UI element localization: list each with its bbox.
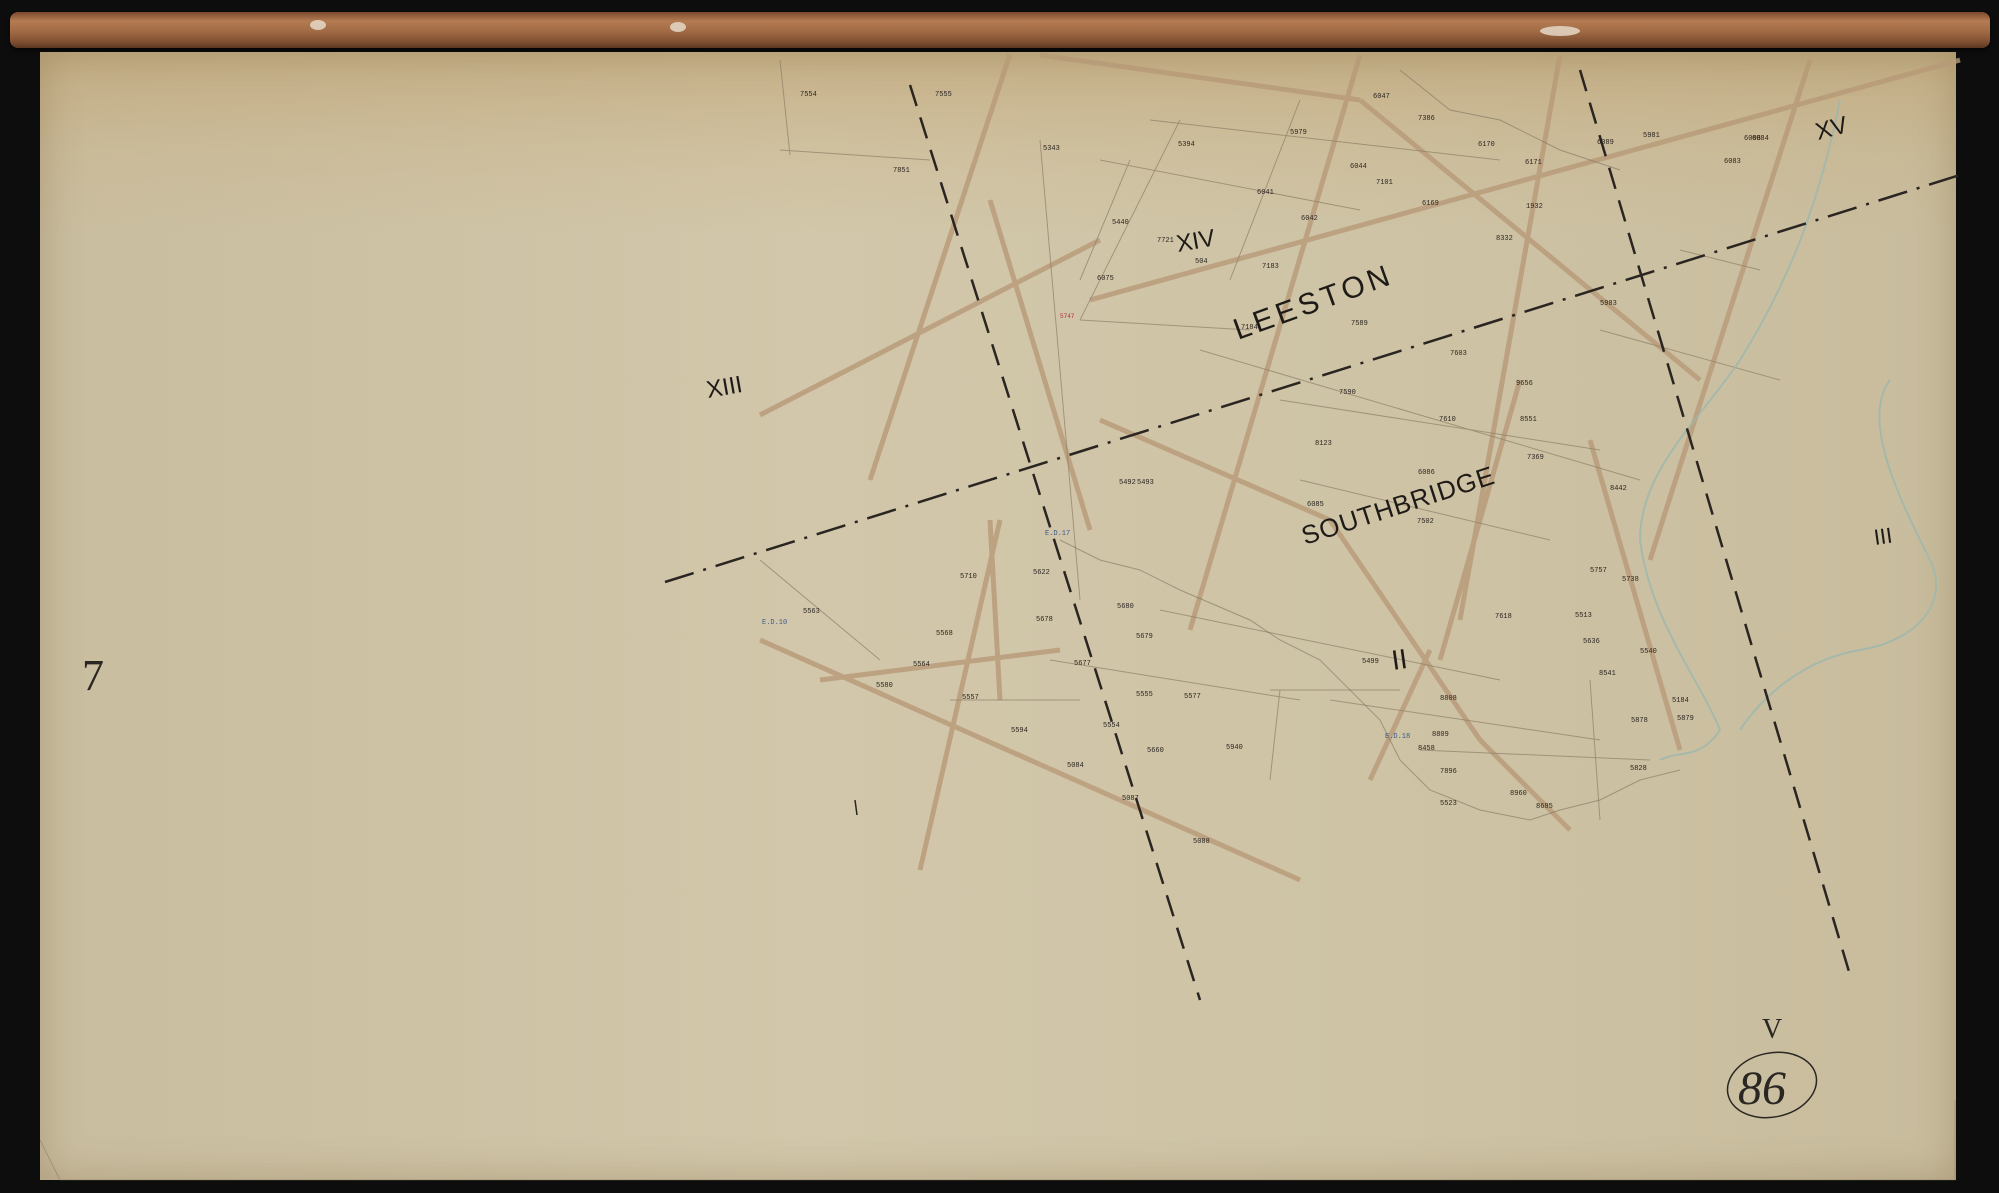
section-number: 5828 bbox=[1630, 765, 1647, 773]
section-number: 8332 bbox=[1496, 235, 1513, 243]
section-number: 5680 bbox=[1117, 603, 1134, 611]
section-number: 6086 bbox=[1418, 469, 1435, 477]
section-number: 6044 bbox=[1350, 163, 1367, 171]
section-number: 6085 bbox=[1307, 501, 1324, 509]
section-number: 6047 bbox=[1373, 93, 1390, 101]
section-number: 7603 bbox=[1450, 350, 1467, 358]
section-number: 5622 bbox=[1033, 569, 1050, 577]
section-number: 1932 bbox=[1526, 203, 1543, 211]
section-number: 5184 bbox=[1672, 697, 1689, 705]
section-number: 7386 bbox=[1418, 115, 1435, 123]
handwritten-number: 86 bbox=[1738, 1062, 1786, 1115]
section-number: 8551 bbox=[1520, 416, 1537, 424]
section-number: 5540 bbox=[1640, 648, 1657, 656]
section-number: 5577 bbox=[1184, 693, 1201, 701]
section-number: 8458 bbox=[1418, 745, 1435, 753]
section-number: 5523 bbox=[1440, 800, 1457, 808]
section-number: 5594 bbox=[1011, 727, 1028, 735]
section-number: 5568 bbox=[936, 630, 953, 638]
section-number: 7618 bbox=[1495, 613, 1512, 621]
section-number: 5563 bbox=[803, 608, 820, 616]
district-numeral-xiv: XIV bbox=[1174, 225, 1217, 258]
district-numeral-ii: II bbox=[1390, 643, 1410, 676]
section-number: 5940 bbox=[1226, 744, 1243, 752]
section-number: 8685 bbox=[1536, 803, 1553, 811]
section-number: 6075 bbox=[1097, 275, 1114, 283]
section-number: 6084 bbox=[1752, 135, 1769, 143]
section-number: 5660 bbox=[1147, 747, 1164, 755]
section-number: 5983 bbox=[1600, 300, 1617, 308]
handwritten-roman: V bbox=[1762, 1014, 1782, 1045]
place-name-southbridge: SOUTHBRIDGE bbox=[1298, 460, 1499, 551]
section-number: 6083 bbox=[1724, 158, 1741, 166]
section-number: 6169 bbox=[1422, 200, 1439, 208]
survey-mark-ed17: E.D.17 bbox=[1045, 530, 1070, 538]
section-number: 8541 bbox=[1599, 670, 1616, 678]
section-number: 5879 bbox=[1677, 715, 1694, 723]
section-number: 5981 bbox=[1643, 132, 1660, 140]
section-number: 7183 bbox=[1262, 263, 1279, 271]
section-number: 5710 bbox=[960, 573, 977, 581]
section-number: 6089 bbox=[1597, 139, 1614, 147]
section-number: 5440 bbox=[1112, 219, 1129, 227]
section-number: 5564 bbox=[913, 661, 930, 669]
section-number: 7555 bbox=[935, 91, 952, 99]
roads bbox=[760, 54, 1960, 880]
district-numeral-xv: XV bbox=[1813, 111, 1851, 145]
section-number: 8809 bbox=[1432, 731, 1449, 739]
section-number: 7590 bbox=[1339, 389, 1356, 397]
section-number: 6041 bbox=[1257, 189, 1274, 197]
section-number: 5878 bbox=[1631, 717, 1648, 725]
section-number: 7896 bbox=[1440, 768, 1457, 776]
section-number: 7610 bbox=[1439, 416, 1456, 424]
section-number: 7721 bbox=[1157, 237, 1174, 245]
survey-map: 5747 E.D.10 E.D.18 E.D.17 75547555785153… bbox=[0, 0, 1999, 1193]
red-annotation: 5747 bbox=[1060, 313, 1075, 320]
section-number: 7589 bbox=[1351, 320, 1368, 328]
section-number: 7369 bbox=[1527, 454, 1544, 462]
section-number: 8442 bbox=[1610, 485, 1627, 493]
section-number: 6171 bbox=[1525, 159, 1542, 167]
section-number: 6170 bbox=[1478, 141, 1495, 149]
place-name-leeston: LEESTON bbox=[1229, 258, 1398, 346]
section-number: 5084 bbox=[1067, 762, 1084, 770]
section-number: 5343 bbox=[1043, 145, 1060, 153]
section-number: 5513 bbox=[1575, 612, 1592, 620]
section-number: 8808 bbox=[1440, 695, 1457, 703]
handwritten-left-mark: 7 bbox=[82, 651, 104, 700]
section-number: 7101 bbox=[1376, 179, 1393, 187]
section-number: 504 bbox=[1195, 258, 1208, 266]
section-number: 8960 bbox=[1510, 790, 1527, 798]
district-numeral-iii: III bbox=[1872, 523, 1894, 550]
section-number: 5636 bbox=[1583, 638, 1600, 646]
section-number: 5580 bbox=[876, 682, 893, 690]
section-number: 5492 bbox=[1119, 479, 1136, 487]
section-number: 5555 bbox=[1136, 691, 1153, 699]
district-numeral-xiii: XIII bbox=[704, 371, 744, 404]
rivers bbox=[1640, 100, 1936, 760]
section-number: 5493 bbox=[1137, 479, 1154, 487]
section-number: 5554 bbox=[1103, 722, 1120, 730]
section-number: 5087 bbox=[1122, 795, 1139, 803]
section-number: 5738 bbox=[1622, 576, 1639, 584]
section-number: 5499 bbox=[1362, 658, 1379, 666]
section-number: 5088 bbox=[1193, 838, 1210, 846]
section-number: 7554 bbox=[800, 91, 817, 99]
section-number: 5394 bbox=[1178, 141, 1195, 149]
survey-mark-ed10: E.D.10 bbox=[762, 619, 787, 627]
section-numbers: 7554755578515343539459796047738660447101… bbox=[800, 91, 1769, 846]
section-number: 5677 bbox=[1074, 660, 1091, 668]
section-number: 5979 bbox=[1290, 129, 1307, 137]
section-number: 7502 bbox=[1417, 518, 1434, 526]
section-number: 8123 bbox=[1315, 440, 1332, 448]
section-number: 5678 bbox=[1036, 616, 1053, 624]
section-number: 5679 bbox=[1136, 633, 1153, 641]
section-number: 5557 bbox=[962, 694, 979, 702]
section-number: 9656 bbox=[1516, 380, 1533, 388]
survey-mark-ed18: E.D.18 bbox=[1385, 733, 1410, 741]
section-number: 5757 bbox=[1590, 567, 1607, 575]
section-number: 7851 bbox=[893, 167, 910, 175]
section-number: 6042 bbox=[1301, 215, 1318, 223]
